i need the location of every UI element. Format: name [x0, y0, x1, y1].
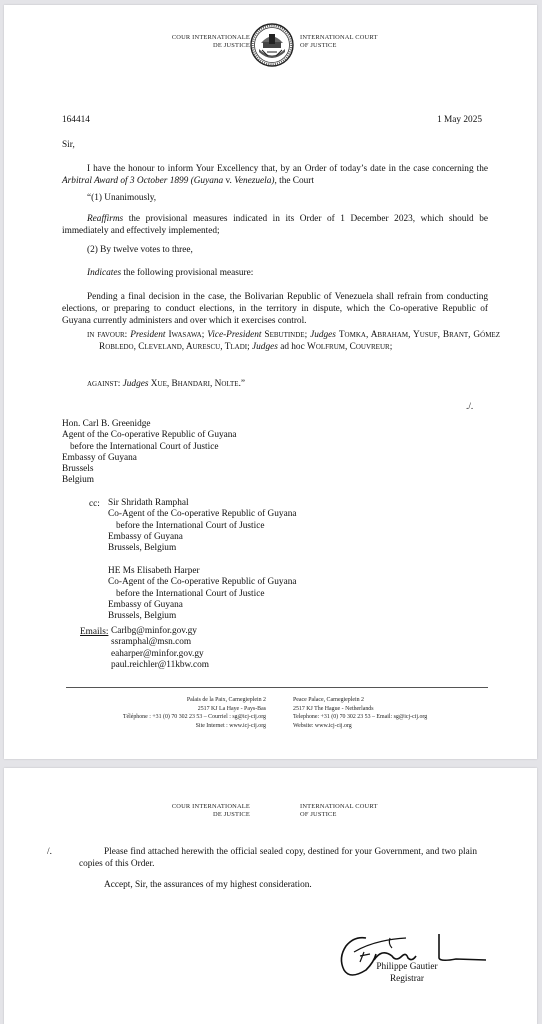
cc2-embassy: Embassy of Guyana	[108, 600, 296, 611]
in-favour-label: in favour:	[87, 330, 127, 340]
operative-point-1: “(1) Unanimously,	[87, 192, 156, 204]
email-link[interactable]: paul.reichler@11kbw.com	[111, 660, 209, 671]
page-mark: /.	[47, 846, 52, 858]
letter-date: 1 May 2025	[437, 114, 482, 126]
page2-letterhead-french: COUR INTERNATIONALE DE JUSTICE	[154, 803, 250, 819]
case-name-part1: Arbitral Award of 3 October 1899 (Guyana	[62, 176, 223, 186]
president-name: Iwasawa	[168, 330, 201, 340]
adhoc-judges-title: Judges	[252, 342, 278, 352]
vice-president-title: Vice-President	[207, 330, 261, 340]
indicates-text: the following provisional measure:	[121, 268, 253, 278]
cc2-title: Co-Agent of the Co-operative Republic of…	[108, 577, 296, 588]
cc2-location: Brussels, Belgium	[108, 611, 296, 622]
judges-title: Judges	[310, 330, 336, 340]
page2-letterhead-english-line2: OF JUSTICE	[300, 811, 410, 819]
operative-point-2: (2) By twelve votes to three,	[87, 244, 193, 256]
letterhead-english: INTERNATIONAL COURT OF JUSTICE	[300, 34, 410, 50]
votes-against: against: Judges Xue, Bhandari, Nolte.”	[87, 378, 245, 390]
footer-fr-line2: 2517 KJ La Haye - Pays-Bas	[84, 705, 266, 714]
votes-in-favour: in favour: President Iwasawa; Vice-Presi…	[87, 329, 500, 353]
cc-recipient-1: Sir Shridath Ramphal Co-Agent of the Co-…	[108, 498, 296, 554]
page2-letterhead-french-line1: COUR INTERNATIONALE	[154, 803, 250, 811]
recipient-address: Hon. Carl B. Greenidge Agent of the Co-o…	[62, 419, 237, 487]
page2-letterhead-french-line2: DE JUSTICE	[154, 811, 250, 819]
email-link[interactable]: eaharper@minfor.gov.gy	[111, 649, 209, 660]
letterhead-english-line2: OF JUSTICE	[300, 42, 410, 50]
footer-fr-line1: Palais de la Paix, Carnegieplein 2	[84, 696, 266, 705]
cc1-embassy: Embassy of Guyana	[108, 532, 296, 543]
email-link[interactable]: ssramphal@msn.com	[111, 637, 209, 648]
cc2-title-cont: before the International Court of Justic…	[108, 589, 296, 600]
cc1-location: Brussels, Belgium	[108, 543, 296, 554]
indicates-paragraph: Indicates the following provisional meas…	[87, 267, 253, 279]
letterhead-english-line1: INTERNATIONAL COURT	[300, 34, 410, 42]
reaffirms-keyword: Reaffirms	[87, 214, 123, 224]
cc-recipient-2: HE Ms Elisabeth Harper Co-Agent of the C…	[108, 566, 296, 622]
letter-page-2: COUR INTERNATIONALE DE JUSTICE INTERNATI…	[4, 768, 537, 1024]
emails-label: Emails:	[80, 626, 108, 638]
recipient-name: Hon. Carl B. Greenidge	[62, 419, 237, 430]
cc1-name: Sir Shridath Ramphal	[108, 498, 296, 509]
footer-en-line2: 2517 KJ The Hague - Netherlands	[293, 705, 427, 714]
letter-page-1: COUR INTERNATIONALE DE JUSTICE INTERNATI…	[4, 5, 537, 759]
intro-text: I have the honour to inform Your Excelle…	[87, 164, 488, 174]
recipient-country: Belgium	[62, 475, 237, 486]
closing-quote: ”	[241, 379, 245, 389]
court-seal-icon	[250, 22, 294, 68]
recipient-title: Agent of the Co-operative Republic of Gu…	[62, 430, 237, 441]
reference-number: 164414	[62, 114, 90, 126]
vice-president-name: Sebutinde	[264, 330, 304, 340]
recipient-title-cont: before the International Court of Justic…	[62, 442, 237, 453]
letterhead-french-line2: DE JUSTICE	[154, 42, 250, 50]
against-label: against:	[87, 379, 120, 389]
reaffirms-text: the provisional measures indicated in it…	[62, 214, 488, 236]
footer-fr-line3: Téléphone : +31 (0) 70 302 23 53 – Courr…	[84, 713, 266, 722]
adhoc-judges: Wolfrum, Couvreur	[307, 342, 390, 352]
letterhead-french: COUR INTERNATIONALE DE JUSTICE	[154, 34, 250, 50]
provisional-measure-paragraph: Pending a final decision in the case, th…	[62, 291, 488, 327]
judges-against: Xue, Bhandari, Nolte.	[151, 379, 241, 389]
footer-en-line3: Telephone: +31 (0) 70 302 23 53 – Email:…	[293, 713, 427, 722]
cc1-title: Co-Agent of the Co-operative Republic of…	[108, 509, 296, 520]
signatory-name: Philippe Gautier	[362, 962, 452, 974]
letterhead-french-line1: COUR INTERNATIONALE	[154, 34, 250, 42]
footer-en-line1: Peace Palace, Carnegieplein 2	[293, 696, 427, 705]
adhoc-label: ad hoc	[280, 342, 305, 352]
cc-label: cc:	[89, 498, 100, 510]
reaffirms-paragraph: Reaffirms the provisional measures indic…	[62, 213, 488, 237]
intro-text-end: , the Court	[274, 176, 314, 186]
salutation: Sir,	[62, 139, 75, 151]
footer-divider	[66, 687, 488, 688]
closing-line: Accept, Sir, the assurances of my highes…	[104, 879, 312, 891]
recipient-embassy: Embassy of Guyana	[62, 453, 237, 464]
footer-en-line4: Website: www.icj-cij.org	[293, 722, 427, 731]
cc1-title-cont: before the International Court of Justic…	[108, 521, 296, 532]
recipient-city: Brussels	[62, 464, 237, 475]
case-name-part2: Venezuela)	[234, 176, 274, 186]
against-judges-title: Judges	[123, 379, 149, 389]
footer-english-address: Peace Palace, Carnegieplein 2 2517 KJ Th…	[293, 696, 427, 730]
continuation-mark: ./.	[466, 401, 473, 413]
email-link[interactable]: Carlbg@minfor.gov.gy	[111, 626, 209, 637]
signatory-block: Philippe Gautier Registrar	[362, 962, 452, 985]
footer-french-address: Palais de la Paix, Carnegieplein 2 2517 …	[84, 696, 266, 730]
case-name-versus: v.	[223, 176, 234, 186]
page2-letterhead-english-line1: INTERNATIONAL COURT	[300, 803, 410, 811]
page2-letterhead-english: INTERNATIONAL COURT OF JUSTICE	[300, 803, 410, 819]
president-title: President	[130, 330, 165, 340]
footer-fr-line4: Site Internet : www.icj-cij.org	[84, 722, 266, 731]
cc2-name: HE Ms Elisabeth Harper	[108, 566, 296, 577]
email-list: Carlbg@minfor.gov.gy ssramphal@msn.com e…	[111, 626, 209, 671]
intro-paragraph: I have the honour to inform Your Excelle…	[62, 163, 488, 187]
indicates-keyword: Indicates	[87, 268, 121, 278]
enclosure-paragraph: Please find attached herewith the offici…	[79, 846, 477, 870]
signatory-title: Registrar	[362, 974, 452, 986]
